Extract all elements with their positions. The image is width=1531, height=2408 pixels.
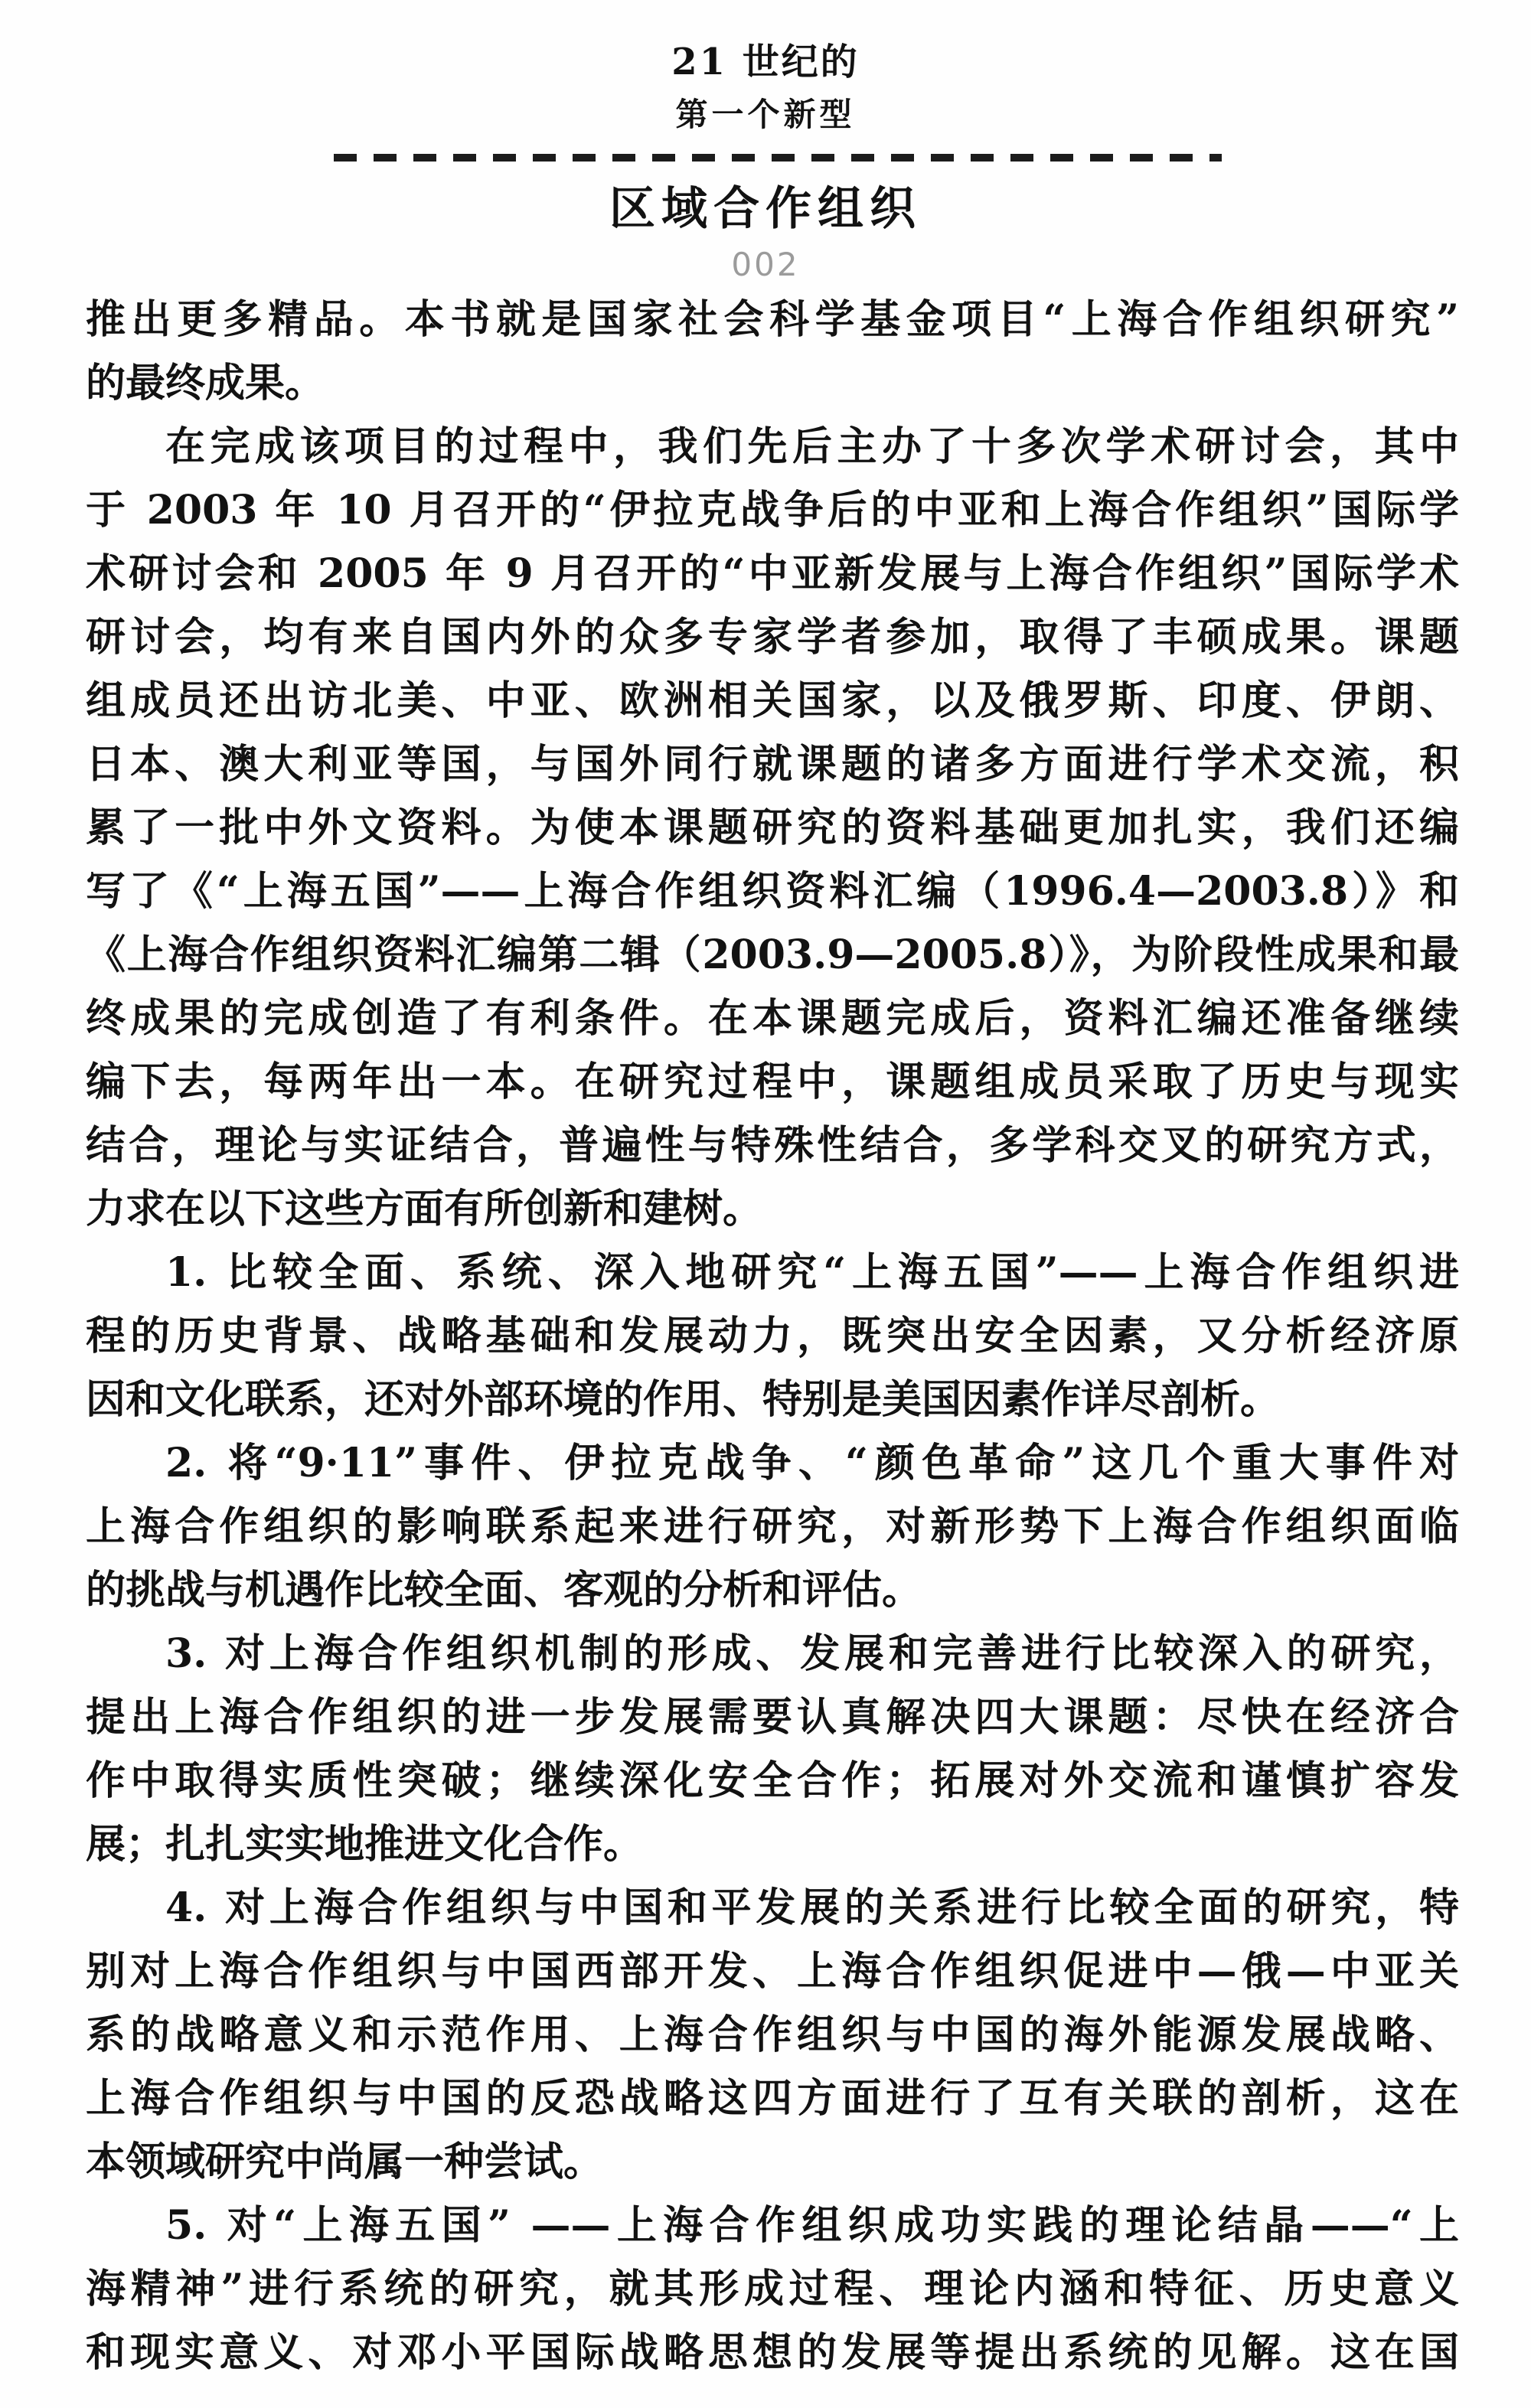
text-line: 在完成该项目的过程中，我们先后主办了十多次学术研讨会，其中 bbox=[86, 415, 1459, 478]
text-line: 推出更多精品。本书就是国家社会科学基金项目“上海合作组织研究” bbox=[86, 288, 1459, 351]
text-line: 作中取得实质性突破；继续深化安全合作；拓展对外交流和谨慎扩容发 bbox=[86, 1749, 1459, 1813]
text-line: 海精神”进行系统的研究，就其形成过程、理论内涵和特征、历史意义 bbox=[86, 2257, 1459, 2321]
page-header: 21 世纪的 第一个新型 区域合作组织 002 bbox=[0, 0, 1531, 283]
text-line: 编下去，每两年出一本。在研究过程中，课题组成员采取了历史与现实 bbox=[86, 1050, 1459, 1114]
text-line: 1. 比较全面、系统、深入地研究“上海五国”——上海合作组织进 bbox=[86, 1241, 1459, 1304]
text-line: 力求在以下这些方面有所创新和建树。 bbox=[86, 1177, 1459, 1241]
text-line: 本领域研究中尚属一种尝试。 bbox=[86, 2130, 1459, 2194]
text-line: 2. 将“9·11”事件、伊拉克战争、“颜色革命”这几个重大事件对 bbox=[86, 1431, 1459, 1495]
text-line: 结合，理论与实证结合，普遍性与特殊性结合，多学科交叉的研究方式， bbox=[86, 1114, 1459, 1177]
text-line: 上海合作组织与中国的反恐战略这四方面进行了互有关联的剖析，这在 bbox=[86, 2067, 1459, 2130]
book-title-line1: 21 世纪的 bbox=[0, 32, 1531, 85]
text-line: 终成果的完成创造了有利条件。在本课题完成后，资料汇编还准备继续 bbox=[86, 987, 1459, 1050]
text-line: 和现实意义、对邓小平国际战略思想的发展等提出系统的见解。这在国 bbox=[86, 2321, 1459, 2384]
text-line: 术研讨会和 2005 年 9 月召开的“中亚新发展与上海合作组织”国际学术 bbox=[86, 542, 1459, 605]
body-text: 推出更多精品。本书就是国家社会科学基金项目“上海合作组织研究”的最终成果。在完成… bbox=[86, 288, 1459, 2384]
text-line: 于 2003 年 10 月召开的“伊拉克战争后的中亚和上海合作组织”国际学 bbox=[86, 478, 1459, 542]
text-line: 5. 对“上海五国” ——上海合作组织成功实践的理论结晶——“上 bbox=[86, 2194, 1459, 2257]
dashed-divider bbox=[334, 154, 1222, 162]
text-line: 组成员还出访北美、中亚、欧洲相关国家，以及俄罗斯、印度、伊朗、 bbox=[86, 669, 1459, 733]
book-title-line3: 区域合作组织 bbox=[0, 172, 1531, 238]
page-number: 002 bbox=[0, 246, 1531, 283]
text-line: 研讨会，均有来自国内外的众多专家学者参加，取得了丰硕成果。课题 bbox=[86, 605, 1459, 669]
text-line: 日本、澳大利亚等国，与国外同行就课题的诸多方面进行学术交流，积 bbox=[86, 733, 1459, 796]
text-line: 的挑战与机遇作比较全面、客观的分析和评估。 bbox=[86, 1558, 1459, 1622]
text-line: 累了一批中外文资料。为使本课题研究的资料基础更加扎实，我们还编 bbox=[86, 796, 1459, 860]
book-title-line2: 第一个新型 bbox=[0, 90, 1531, 135]
text-line: 别对上海合作组织与中国西部开发、上海合作组织促进中—俄—中亚关 bbox=[86, 1940, 1459, 2003]
text-line: 4. 对上海合作组织与中国和平发展的关系进行比较全面的研究，特 bbox=[86, 1876, 1459, 1940]
text-line: 上海合作组织的影响联系起来进行研究，对新形势下上海合作组织面临 bbox=[86, 1495, 1459, 1558]
scanned-book-page: 21 世纪的 第一个新型 区域合作组织 002 推出更多精品。本书就是国家社会科… bbox=[0, 0, 1531, 2408]
text-line: 提出上海合作组织的进一步发展需要认真解决四大课题：尽快在经济合 bbox=[86, 1685, 1459, 1749]
text-line: 《上海合作组织资料汇编第二辑（2003.9—2005.8）》，为阶段性成果和最 bbox=[86, 923, 1459, 987]
text-line: 系的战略意义和示范作用、上海合作组织与中国的海外能源发展战略、 bbox=[86, 2003, 1459, 2067]
text-line: 写了《“上海五国”——上海合作组织资料汇编（1996.4—2003.8）》和 bbox=[86, 860, 1459, 923]
text-line: 因和文化联系，还对外部环境的作用、特别是美国因素作详尽剖析。 bbox=[86, 1368, 1459, 1431]
text-line: 3. 对上海合作组织机制的形成、发展和完善进行比较深入的研究， bbox=[86, 1622, 1459, 1685]
text-line: 展；扎扎实实地推进文化合作。 bbox=[86, 1813, 1459, 1876]
text-line: 的最终成果。 bbox=[86, 351, 1459, 415]
text-line: 程的历史背景、战略基础和发展动力，既突出安全因素，又分析经济原 bbox=[86, 1304, 1459, 1368]
